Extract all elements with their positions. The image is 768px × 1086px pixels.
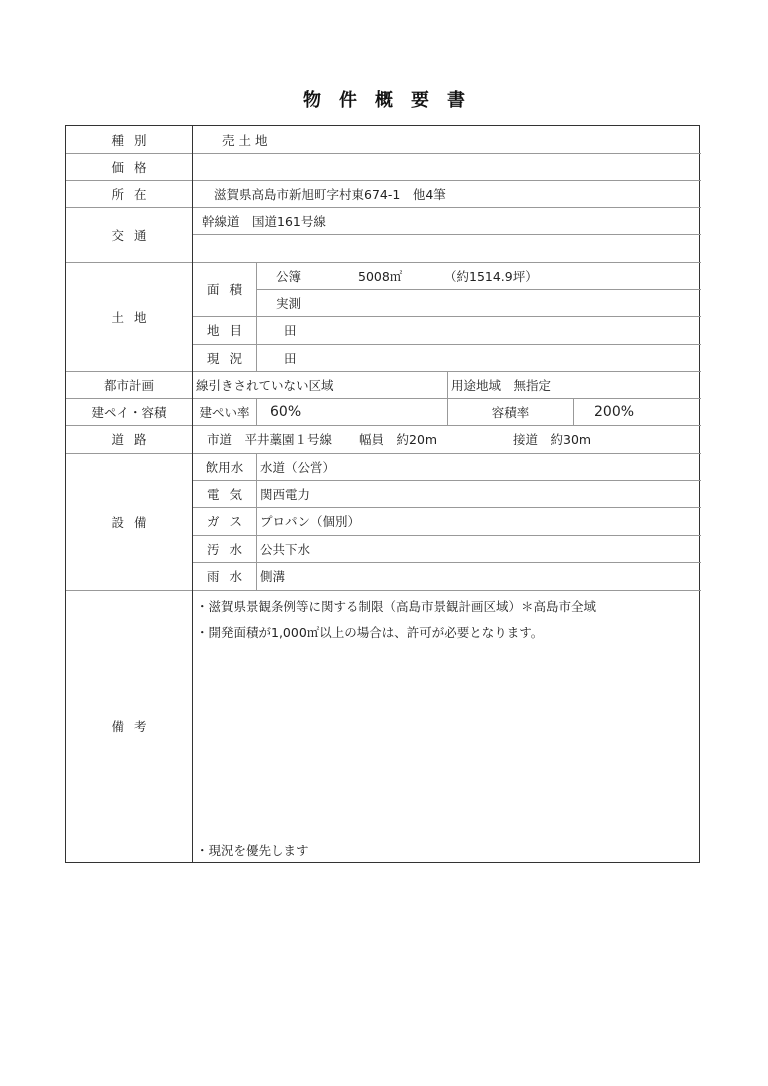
remarks-note-2: ・開発面積が1,000㎡以上の場合は、許可が必要となります。 xyxy=(196,620,696,644)
label-coverage: 建ペイ・容積 xyxy=(66,398,192,425)
value-traffic-line1: 幹線道 国道161号線 xyxy=(202,207,682,234)
label-wastewater: 汚水 xyxy=(193,535,256,562)
label-drinking-water: 飲用水 xyxy=(193,453,256,480)
value-road-width: 幅員 約20m xyxy=(359,425,489,453)
label-area: 面積 xyxy=(193,262,256,316)
label-registered-area: 公簿 xyxy=(276,262,336,289)
value-gas: プロパン（個別） xyxy=(260,507,680,535)
label-location: 所在 xyxy=(66,180,192,207)
value-land-category: 田 xyxy=(284,316,344,344)
value-floor-area-ratio: 200% xyxy=(594,398,694,425)
label-city-plan: 都市計画 xyxy=(66,371,192,398)
value-zoning: 用途地域 無指定 xyxy=(451,371,691,398)
value-price xyxy=(202,153,682,180)
label-current-status: 現況 xyxy=(193,344,256,371)
value-location: 滋賀県高島市新旭町字村東674-1 他4筆 xyxy=(214,180,694,207)
value-drinking-water: 水道（公営） xyxy=(260,453,680,480)
label-type: 種別 xyxy=(66,126,192,153)
label-price: 価格 xyxy=(66,153,192,180)
value-electricity: 関西電力 xyxy=(260,480,680,507)
value-building-coverage-ratio: 60% xyxy=(270,398,440,425)
value-wastewater: 公共下水 xyxy=(260,535,680,562)
property-summary-table: 種別 売 土 地 価格 所在 滋賀県高島市新旭町字村東674-1 他4筆 交通 … xyxy=(65,125,700,863)
label-measured-area: 実測 xyxy=(276,289,336,316)
label-remarks: 備考 xyxy=(66,590,192,862)
value-registered-area: 5008㎡ xyxy=(358,262,438,289)
remarks-footer-note: ・現況を優先します xyxy=(196,838,696,862)
label-road: 道路 xyxy=(66,425,192,453)
value-type: 売 土 地 xyxy=(222,126,622,153)
label-rainwater: 雨水 xyxy=(193,562,256,590)
label-floor-area-ratio: 容積率 xyxy=(448,398,573,425)
value-measured-area xyxy=(346,289,546,316)
value-registered-tsubo: （約1514.9坪） xyxy=(444,262,564,289)
value-road-frontage: 接道 約30m xyxy=(513,425,663,453)
label-land-category: 地目 xyxy=(193,316,256,344)
value-city-plan: 線引きされていない区域 xyxy=(196,371,446,398)
value-current-status: 田 xyxy=(284,344,344,371)
value-rainwater: 側溝 xyxy=(260,562,680,590)
label-gas: ガス xyxy=(193,507,256,535)
document-title: 物件概要書 xyxy=(0,86,768,112)
label-traffic: 交通 xyxy=(66,207,192,262)
remarks-note-1: ・滋賀県景観条例等に関する制限（高島市景観計画区域）＊高島市全域 xyxy=(196,594,696,618)
label-facilities: 設備 xyxy=(66,453,192,590)
label-land: 土地 xyxy=(66,262,192,371)
value-traffic-line2 xyxy=(202,234,682,262)
label-electricity: 電気 xyxy=(193,480,256,507)
label-building-coverage-ratio: 建ぺい率 xyxy=(193,398,256,425)
